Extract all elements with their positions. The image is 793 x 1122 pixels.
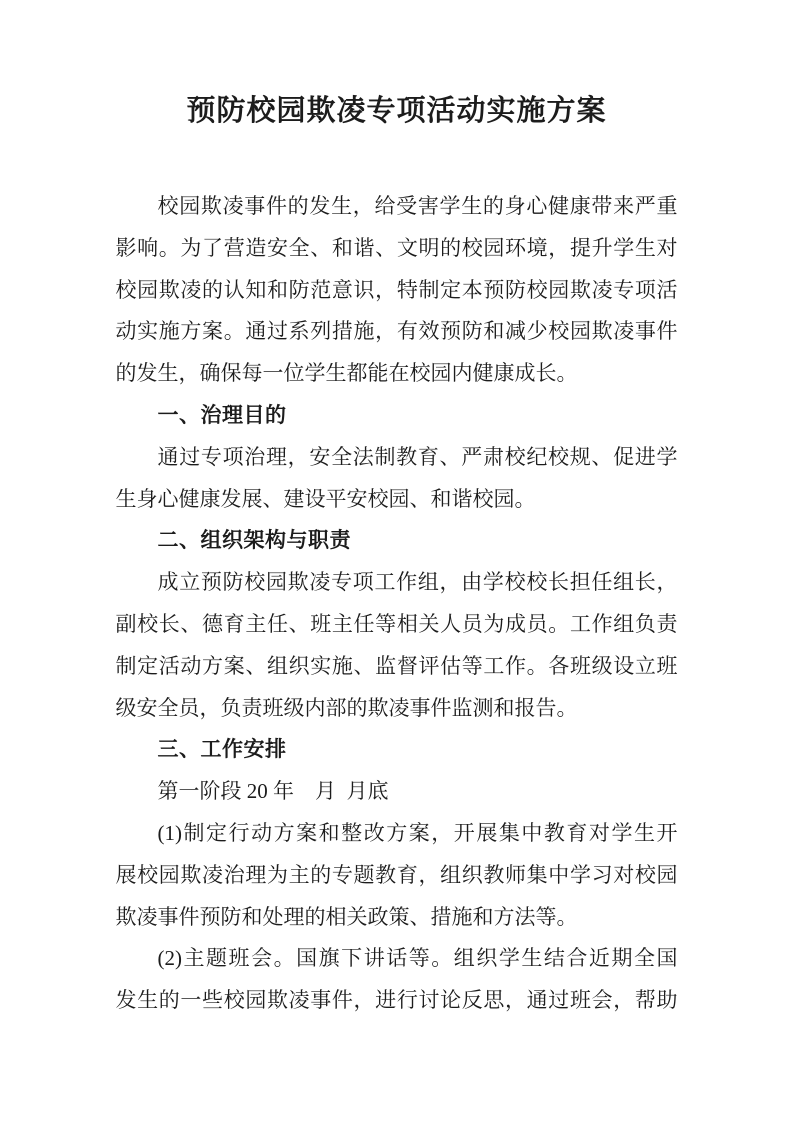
paragraph-line: 的发生，确保每一位学生都能在校园内健康成长。 [116,353,678,395]
paragraph-line: 成立预防校园欺凌专项工作组，由学校校长担任组长， [116,562,678,604]
paragraph-line: 欺凌事件预防和处理的相关政策、措施和方法等。 [116,897,678,939]
paragraph-line: 展校园欺凌治理为主的专题教育，组织教师集中学习对校园 [116,855,678,897]
paragraph-line: 动实施方案。通过系列措施，有效预防和减少校园欺凌事件 [116,311,678,353]
paragraph-line: 级安全员，负责班级内部的欺凌事件监测和报告。 [116,688,678,730]
paragraph-line: (2)主题班会。国旗下讲话等。组织学生结合近期全国 [116,938,678,980]
paragraph-line: 通过专项治理，安全法制教育、严肃校纪校规、促进学 [116,437,678,479]
paragraph-line: 制定活动方案、组织实施、监督评估等工作。各班级设立班 [116,646,678,688]
paragraph-line: 副校长、德育主任、班主任等相关人员为成员。工作组负责 [116,604,678,646]
section-heading: 一、治理目的 [116,395,678,437]
section-heading: 二、组织架构与职责 [116,520,678,562]
paragraph-line: 校园欺凌事件的发生，给受害学生的身心健康带来严重 [116,186,678,228]
paragraph-line: (1)制定行动方案和整改方案，开展集中教育对学生开 [116,813,678,855]
section-heading: 三、工作安排 [116,729,678,771]
paragraph-line: 影响。为了营造安全、和谐、文明的校园环境，提升学生对 [116,228,678,270]
document-content: 校园欺凌事件的发生，给受害学生的身心健康带来严重影响。为了营造安全、和谐、文明的… [116,186,678,1022]
paragraph-line: 生身心健康发展、建设平安校园、和谐校园。 [116,479,678,521]
stage-line: 第一阶段 20 年 月 月底 [116,771,678,813]
paragraph-line: 校园欺凌的认知和防范意识，特制定本预防校园欺凌专项活 [116,270,678,312]
document-page: 预防校园欺凌专项活动实施方案 校园欺凌事件的发生，给受害学生的身心健康带来严重影… [0,0,793,1122]
paragraph-line: 发生的一些校园欺凌事件，进行讨论反思，通过班会，帮助 [116,980,678,1022]
document-title: 预防校园欺凌专项活动实施方案 [0,0,793,134]
